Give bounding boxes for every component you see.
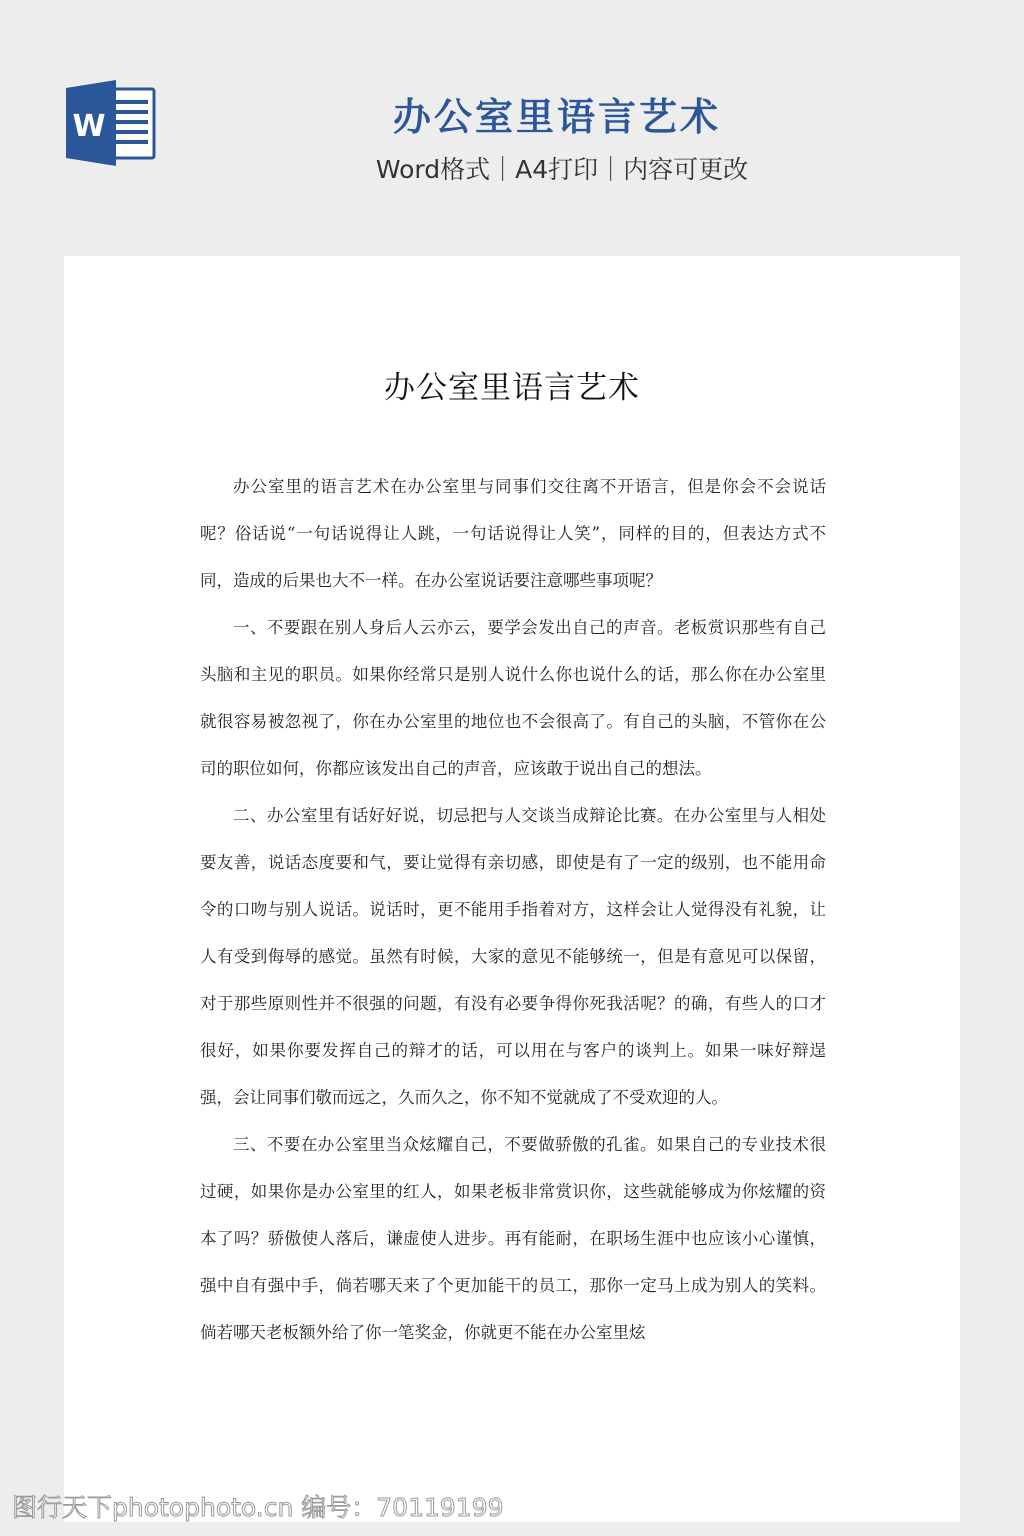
watermark-text: 图行天下photophoto.cn 编号：70119199 — [12, 1490, 504, 1526]
preview-canvas: W 办公室里语言艺术 Word格式｜A4打印｜内容可更改 办公室里语言艺术 办公… — [0, 0, 1024, 1536]
document-page: 办公室里语言艺术 办公室里的语言艺术在办公室里与同事们交往离不开语言，但是你会不… — [64, 256, 960, 1522]
paragraph-intro: 办公室里的语言艺术在办公室里与同事们交往离不开语言，但是你会不会说话呢？俗话说“… — [200, 463, 826, 604]
header-subtitle: Word格式｜A4打印｜内容可更改 — [0, 152, 1024, 188]
document-title: 办公室里语言艺术 — [64, 366, 960, 410]
document-body: 办公室里的语言艺术在办公室里与同事们交往离不开语言，但是你会不会说话呢？俗话说“… — [200, 463, 826, 1356]
header-title: 办公室里语言艺术 — [0, 92, 1024, 142]
paragraph-point-3: 三、不要在办公室里当众炫耀自己，不要做骄傲的孔雀。如果自己的专业技术很过硬，如果… — [200, 1121, 826, 1356]
paragraph-point-2: 二、办公室里有话好好说，切忌把与人交谈当成辩论比赛。在办公室里与人相处要友善，说… — [200, 792, 826, 1121]
paragraph-point-1: 一、不要跟在别人身后人云亦云，要学会发出自己的声音。老板赏识那些有自己头脑和主见… — [200, 604, 826, 792]
